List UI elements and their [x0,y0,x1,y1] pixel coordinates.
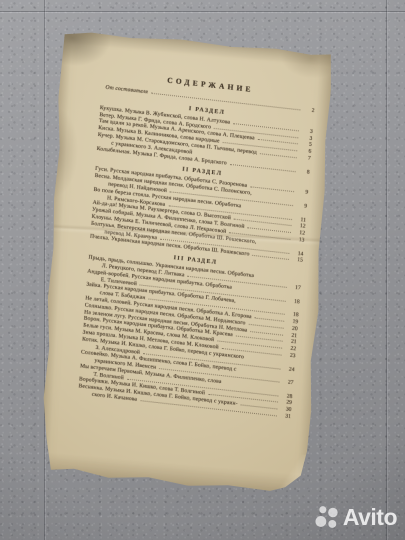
tile-seam-horizontal [0,11,405,13]
avito-watermark: Avito [314,504,397,531]
photo-scene: СОДЕРЖАНИЕ От составителя 2 I РАЗДЕЛКуку… [0,0,405,540]
page-content: СОДЕРЖАНИЕ От составителя 2 I РАЗДЕЛКуку… [28,21,333,496]
toc-row-page: 31 [279,413,291,421]
toc-sections: I РАЗДЕЛКукушка. Музыка В. Жубинской, сл… [78,96,314,421]
book-page: СОДЕРЖАНИЕ От составителя 2 I РАЗДЕЛКуку… [39,28,333,497]
toc-row-page: 17 [288,284,300,292]
toc-row-page: 15 [291,257,303,265]
avito-wordmark: Avito [343,504,397,531]
tile-seam-right [386,0,388,540]
toc-row-page: 23 [283,352,295,360]
toc-row-page: 9 [296,189,308,197]
toc-row-page: 13 [292,236,304,244]
toc-row-page: 18 [287,298,299,306]
preface-page: 2 [302,107,314,115]
toc-row-page: 9 [295,202,307,210]
avito-logo-icon [314,504,340,531]
toc-row-page: 27 [281,379,293,387]
preface-label: От составителя [105,85,148,97]
toc-row-page: 24 [282,365,294,373]
toc-row-page: 8 [297,168,309,176]
dot-leader [252,255,288,260]
tile-seam-left [44,0,46,540]
toc-row-page: 7 [298,155,310,163]
